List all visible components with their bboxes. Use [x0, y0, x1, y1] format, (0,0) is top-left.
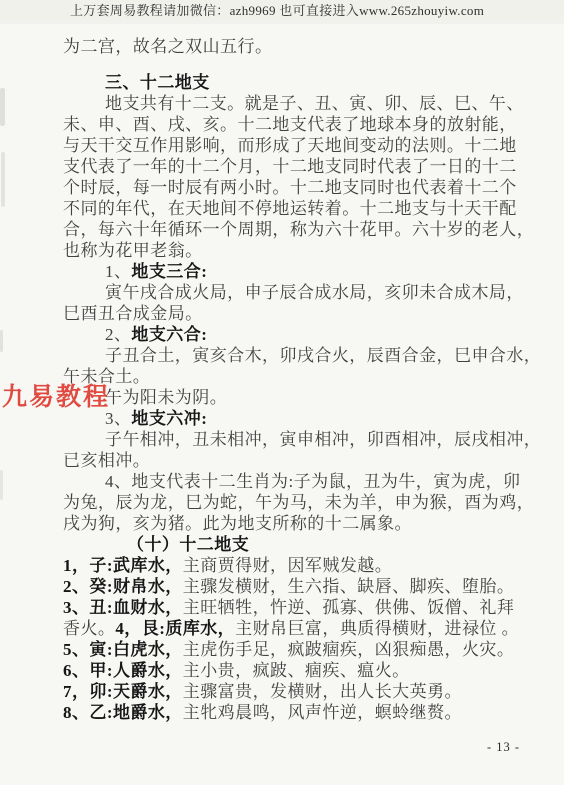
text-line: 2、癸:财帛水，主骤发横财，生六指、缺唇、脚疾、堕胎。 — [63, 576, 531, 597]
text-segment: 主旺牺牲，忤逆、孤寡、供佛、饭僧、礼拜 — [183, 598, 515, 617]
text-line: 戌为狗，亥为猪。此为地支所称的十二属象。 — [63, 513, 531, 534]
bold-text-segment: 2、癸:财帛水， — [63, 577, 183, 596]
text-line: 未、申、酉、戌、亥。十二地支代表了地球本身的放射能， — [63, 114, 531, 135]
text-segment: 主虎伤手足，疯跛痼疾，凶狠痴愚，火灾。 — [183, 640, 515, 659]
text-line: 合，每六十年循环一个周期，称为六十花甲。六十岁的老人， — [63, 219, 531, 240]
text-segment: 主小贵，疯跛、痼疾、瘟火。 — [183, 661, 410, 680]
text-segment: 1、 — [105, 262, 131, 281]
document-body: 为二宫，故名之双山五行。三、十二地支地支共有十二支。就是子、丑、寅、卯、辰、巳、… — [63, 36, 531, 723]
text-segment: 已亥相冲。 — [63, 451, 150, 470]
scanned-page: 上万套周易教程请加微信：azh9969 也可直接进入www.265zhouyiw… — [0, 0, 564, 785]
text-segment: 戌为狗，亥为猪。此为地支所称的十二属象。 — [63, 514, 412, 533]
text-segment: 支代表了一年的十二个月，十二地支同时代表了一日的十二 — [63, 157, 517, 176]
text-line: 6、甲:人爵水，主小贵，疯跛、痼疾、瘟火。 — [63, 660, 531, 681]
text-segment: 寅午戌合成火局，申子辰合成水局，亥卯未合成木局， — [105, 283, 524, 302]
watermark: 九易教程 — [2, 377, 110, 413]
text-line: 7，卯:天爵水，主骤富贵，发横财，出人长大英勇。 — [63, 681, 531, 702]
bold-text-segment: 7，卯:天爵水， — [63, 682, 183, 701]
text-line: 与天干交互作用影响，而形成了天地间变动的法则。十二地 — [63, 135, 531, 156]
text-line: 5、寅:白虎水，主虎伤手足，疯跛痼疾，凶狠痴愚，火灾。 — [63, 639, 531, 660]
text-line: 为二宫，故名之双山五行。 — [63, 36, 531, 57]
text-line: 已亥相冲。 — [63, 450, 531, 471]
scan-smudge — [0, 330, 3, 352]
text-segment: 不同的年代，在天地间不停地运转着。十二地支与十天干配 — [63, 199, 517, 218]
text-segment: 合，每六十年循环一个周期，称为六十花甲。六十岁的老人， — [63, 220, 534, 239]
text-segment: 2、 — [105, 325, 131, 344]
text-line: 也称为花甲老翁。 — [63, 240, 531, 261]
bold-text-segment: 地支三合: — [131, 262, 207, 281]
bold-text-segment: 三、十二地支 — [105, 73, 210, 92]
text-segment: 为兔，辰为龙，巳为蛇，午为马，未为羊，申为猴，酉为鸡， — [63, 493, 534, 512]
bold-text-segment: 地支六冲: — [131, 409, 207, 428]
scan-smudge — [0, 470, 3, 500]
text-line: 午为阳未为阴。 — [63, 387, 531, 408]
text-segment: 主商贾得财，因军贼发越。 — [183, 556, 392, 575]
text-line: 不同的年代，在天地间不停地运转着。十二地支与十天干配 — [63, 198, 531, 219]
bold-text-segment: 6、甲:人爵水， — [63, 661, 183, 680]
bold-text-segment: 8、乙:地爵水， — [63, 703, 183, 722]
text-line: 3、地支六冲: — [63, 408, 531, 429]
text-segment: 为二宫，故名之双山五行。 — [63, 37, 272, 56]
watermark-text: 九易教程 — [2, 383, 110, 411]
text-segment: 主财帛巨富，典质得横财，进禄位 。 — [235, 619, 519, 638]
text-segment: 子午相冲，丑未相冲，寅申相冲，卯酉相冲，辰戌相冲， — [105, 430, 541, 449]
text-segment: 香火。 — [63, 619, 115, 638]
scan-smudge — [0, 88, 5, 126]
text-segment: 主骤富贵，发横财，出人长大英勇。 — [183, 682, 462, 701]
text-segment: 主骤发横财，生六指、缺唇、脚疾、堕胎。 — [183, 577, 515, 596]
promo-header-text: 上万套周易教程请加微信：azh9969 也可直接进入www.265zhouyiw… — [70, 3, 484, 18]
text-line: 4、地支代表十二生肖为:子为鼠，丑为牛，寅为虎，卯 — [63, 471, 531, 492]
text-line: 3、丑:血财水，主旺牺牲，忤逆、孤寡、供佛、饭僧、礼拜 — [63, 597, 531, 618]
bold-text-segment: 地支六合: — [131, 325, 207, 344]
scan-smudge — [1, 152, 5, 207]
bold-text-segment: 5、寅:白虎水， — [63, 640, 183, 659]
text-line: 午未合土。 — [63, 366, 531, 387]
text-segment: 巳酉丑合成金局。 — [63, 304, 203, 323]
bold-text-segment: 4，艮:质库水， — [115, 619, 235, 638]
text-segment: 地支共有十二支。就是子、丑、寅、卯、辰、巳、午、 — [105, 94, 524, 113]
text-segment: 主牝鸡晨鸣，风声忤逆，螟蛉继赘。 — [183, 703, 462, 722]
text-segment: 也称为花甲老翁。 — [63, 241, 203, 260]
bold-text-segment: 1，子:武库水， — [63, 556, 183, 575]
text-line: 子午相冲，丑未相冲，寅申相冲，卯酉相冲，辰戌相冲， — [63, 429, 531, 450]
text-line: 2、地支六合: — [63, 324, 531, 345]
text-line: 香火。4，艮:质库水，主财帛巨富，典质得横财，进禄位 。 — [63, 618, 531, 639]
text-line: 支代表了一年的十二个月，十二地支同时代表了一日的十二 — [63, 156, 531, 177]
text-line: 1，子:武库水，主商贾得财，因军贼发越。 — [63, 555, 531, 576]
text-line: 个时辰，每一时辰有两小时。十二地支同时也代表着十二个 — [63, 177, 531, 198]
text-segment: 午为阳未为阴。 — [105, 388, 227, 407]
text-segment: 4、地支代表十二生肖为:子为鼠，丑为牛，寅为虎，卯 — [105, 472, 520, 491]
text-line: （十）十二地支 — [63, 534, 531, 555]
text-line: 1、地支三合: — [63, 261, 531, 282]
text-line: 地支共有十二支。就是子、丑、寅、卯、辰、巳、午、 — [63, 93, 531, 114]
text-segment: 与天干交互作用影响，而形成了天地间变动的法则。十二地 — [63, 136, 517, 155]
bold-text-segment: 3、丑:血财水， — [63, 598, 183, 617]
text-line: 三、十二地支 — [63, 72, 531, 93]
text-line: 为兔，辰为龙，巳为蛇，午为马，未为羊，申为猴，酉为鸡， — [63, 492, 531, 513]
text-segment: 个时辰，每一时辰有两小时。十二地支同时也代表着十二个 — [63, 178, 517, 197]
promo-header: 上万套周易教程请加微信：azh9969 也可直接进入www.265zhouyiw… — [0, 0, 564, 24]
text-line: 巳酉丑合成金局。 — [63, 303, 531, 324]
text-line: 8、乙:地爵水，主牝鸡晨鸣，风声忤逆，螟蛉继赘。 — [63, 702, 531, 723]
text-line: 子丑合土，寅亥合木，卯戌合火，辰酉合金，巳申合水， — [63, 345, 531, 366]
page-number: - 13 - — [487, 740, 520, 755]
text-line: 寅午戌合成火局，申子辰合成水局，亥卯未合成木局， — [63, 282, 531, 303]
text-segment: 子丑合土，寅亥合木，卯戌合火，辰酉合金，巳申合水， — [105, 346, 541, 365]
text-segment: 未、申、酉、戌、亥。十二地支代表了地球本身的放射能， — [63, 115, 517, 134]
bold-text-segment: （十）十二地支 — [127, 535, 249, 554]
